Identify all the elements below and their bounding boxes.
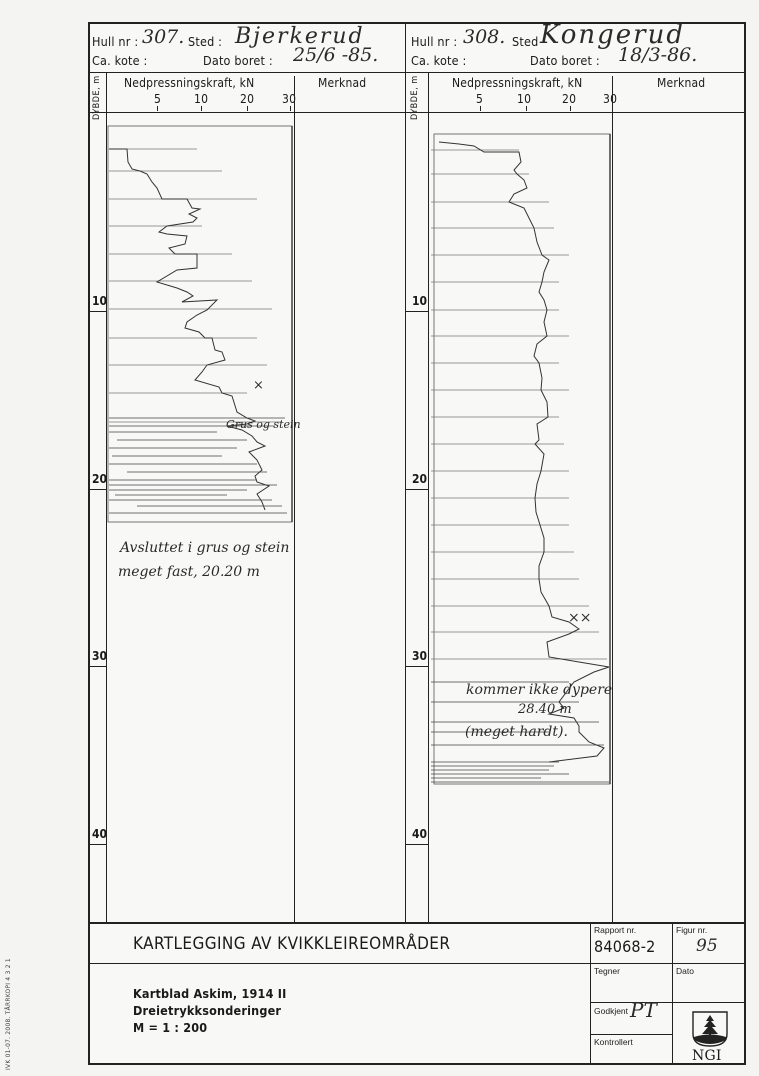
header-bottom-divider <box>405 112 746 113</box>
annotation-end-line2: meget fast, 20.20 m <box>118 564 260 580</box>
hull-nr-value: 308. <box>463 26 505 48</box>
depth-label-20: 20 <box>412 472 427 486</box>
force-tick-5: 5 <box>476 92 483 106</box>
depth-axis-label: DYBDE, m <box>410 75 420 120</box>
title-block-top-border <box>88 922 746 924</box>
tick-mark <box>526 106 527 111</box>
project-title: KARTLEGGING AV KVIKKLEIREOMRÅDER <box>133 934 450 954</box>
title-block-row-divider <box>88 963 746 964</box>
description-line-1: Kartblad Askim, 1914 II <box>133 986 286 1001</box>
depth-tick-line <box>88 311 107 312</box>
dato-label: Dato <box>676 966 694 976</box>
tick-mark <box>157 106 158 111</box>
godkjent-signature: PT <box>630 998 657 1022</box>
header-bottom-divider <box>88 112 405 113</box>
annotation-stop-line1: kommer ikke dypere <box>466 682 612 698</box>
depth-tick-line <box>405 666 429 667</box>
sted-label: Sted <box>512 34 538 49</box>
title-block-cell-divider <box>672 1002 746 1003</box>
sounding-plot-308 <box>429 122 613 922</box>
title-block-col-divider <box>590 922 591 1065</box>
dato-label: Dato boret : <box>203 53 273 68</box>
ngi-logo-text: NGI <box>692 1048 722 1064</box>
force-axis-label: Nedpressningskraft, kN <box>124 76 254 90</box>
annotation-x-mark: × <box>253 378 264 393</box>
force-axis-label: Nedpressningskraft, kN <box>452 76 582 90</box>
tick-mark <box>480 106 481 111</box>
force-tick-10: 10 <box>194 92 208 106</box>
title-block-cell-divider <box>590 1034 672 1035</box>
figur-nr: 95 <box>696 936 718 956</box>
annotation-stop-line2: 28.40 m <box>518 702 572 717</box>
depth-label-40: 40 <box>92 827 107 841</box>
tegner-label: Tegner <box>594 966 620 976</box>
force-tick-20: 20 <box>562 92 576 106</box>
tick-mark <box>290 106 291 111</box>
depth-label-20: 20 <box>92 472 107 486</box>
depth-label-10: 10 <box>92 294 107 308</box>
dato-value: 25/6 -85. <box>293 44 378 66</box>
force-tick-5: 5 <box>154 92 161 106</box>
annotation-gravel-stone: Grus og stein <box>226 418 301 431</box>
description-line-2: Dreietrykksonderinger <box>133 1003 281 1018</box>
rapport-label: Rapport nr. <box>594 925 636 935</box>
depth-label-30: 30 <box>92 649 107 663</box>
depth-axis-label: DYBDE, m <box>92 75 102 120</box>
depth-label-40: 40 <box>412 827 427 841</box>
tick-mark <box>201 106 202 111</box>
tick-mark <box>570 106 571 111</box>
hull-nr-label: Hull nr : <box>92 34 138 49</box>
sounding-plot-307 <box>107 122 295 922</box>
header-divider <box>405 72 746 73</box>
depth-tick-line <box>88 844 107 845</box>
annotation-stop-line3: (meget hardt). <box>465 724 568 740</box>
depth-tick-line <box>88 666 107 667</box>
tick-mark <box>247 106 248 111</box>
panel-divider <box>405 22 406 922</box>
figur-label: Figur nr. <box>676 925 707 935</box>
remark-header: Merknad <box>657 76 705 90</box>
margin-stamp: IVK 01-07. 2008. TÅRRKOPI 4 3 2 1 <box>4 958 12 1070</box>
kote-label: Ca. kote : <box>411 53 467 68</box>
depth-tick-line <box>88 489 107 490</box>
hull-nr-value: 307. <box>142 26 184 48</box>
force-tick-20: 20 <box>240 92 254 106</box>
force-tick-30: 30 <box>603 92 617 106</box>
header-divider <box>88 72 405 73</box>
depth-tick-line <box>405 489 429 490</box>
sted-label: Sted : <box>188 34 222 49</box>
dato-value: 18/3-86. <box>618 44 697 66</box>
depth-label-30: 30 <box>412 649 427 663</box>
title-block-col-divider <box>672 922 673 1065</box>
annotation-xx-mark: ×× <box>568 610 591 626</box>
depth-tick-line <box>405 844 429 845</box>
description-line-3: M = 1 : 200 <box>133 1020 207 1035</box>
kontrollert-label: Kontrollert <box>594 1037 633 1047</box>
rapport-nr: 84068-2 <box>594 937 656 956</box>
dato-label: Dato boret : <box>530 53 600 68</box>
godkjent-label: Godkjent <box>594 1006 628 1016</box>
annotation-end-line1: Avsluttet i grus og stein <box>120 540 289 556</box>
kote-label: Ca. kote : <box>92 53 148 68</box>
hull-nr-label: Hull nr : <box>411 34 457 49</box>
depth-tick-line <box>405 311 429 312</box>
remark-header: Merknad <box>318 76 366 90</box>
depth-label-10: 10 <box>412 294 427 308</box>
force-tick-10: 10 <box>517 92 531 106</box>
